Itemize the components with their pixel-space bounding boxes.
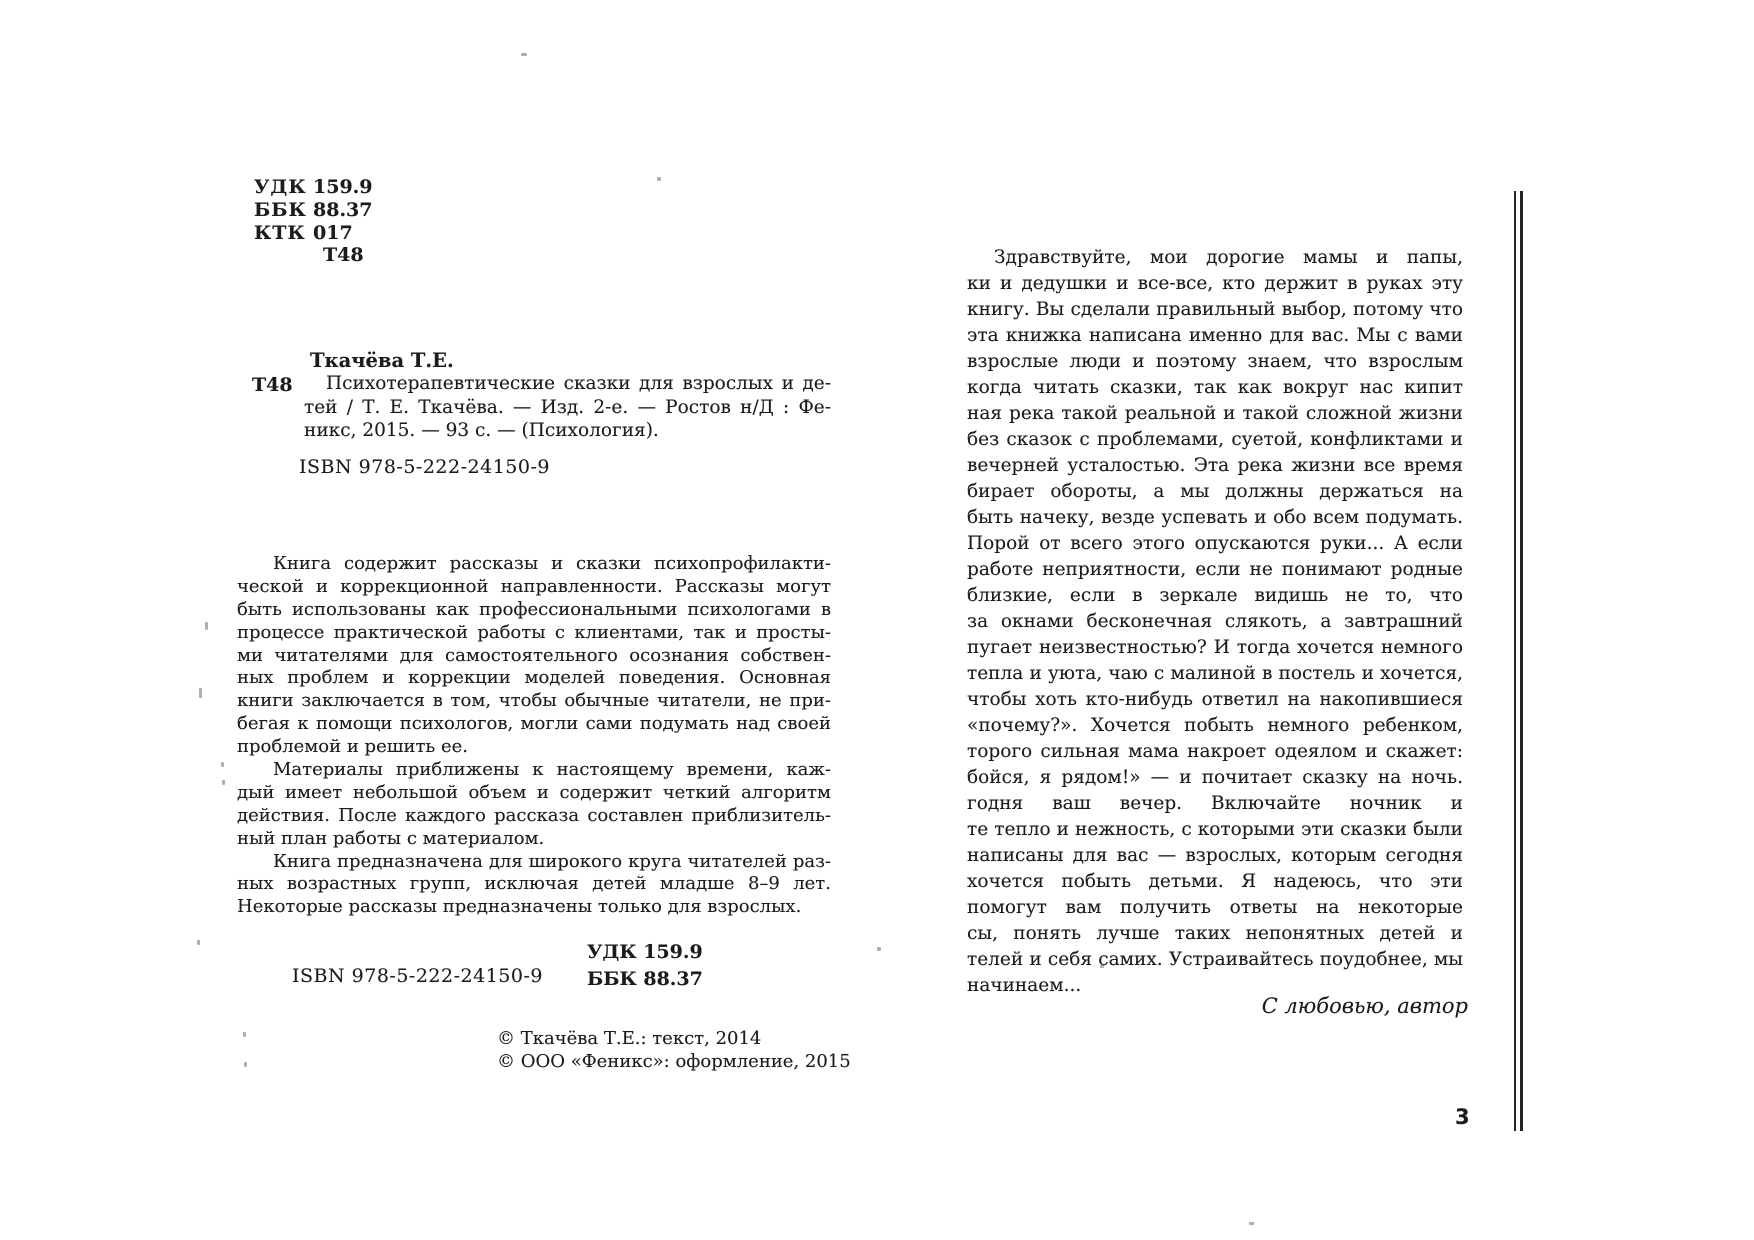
- author-heading: Ткачёва Т.Е.: [310, 349, 454, 372]
- text-line: торого сильная мама накроет одеялом и ск…: [967, 739, 1463, 765]
- udk-label: УДК: [254, 176, 313, 199]
- author-signature: С любовью, автор: [1090, 994, 1468, 1018]
- book-spread-scan: УДК159.9 ББК88.37 КТК017 Т48 Ткачёва Т.Е…: [0, 0, 1754, 1240]
- scan-speck: [243, 1032, 246, 1037]
- text-line: бегая к помощи психологов, могли сами по…: [237, 713, 831, 736]
- text-line: Материалы приближены к настоящему времен…: [237, 759, 831, 782]
- text-line: быть использованы как профессиональными …: [237, 599, 831, 622]
- copyright-line: © ООО «Феникс»: оформление, 2015: [497, 1050, 851, 1073]
- text-line: помогут вам получить ответы на некоторые…: [967, 895, 1463, 921]
- text-line: вечерней усталостью. Эта река жизни все …: [967, 453, 1463, 479]
- bib-line: никс, 2015. — 93 с. — (Психология).: [304, 419, 831, 443]
- udk-row: УДК159.9: [254, 176, 373, 199]
- scan-speck: [197, 940, 200, 945]
- text-line: тепла и уюта, чаю с малиной в постель и …: [967, 661, 1463, 687]
- scan-speck: [521, 53, 527, 56]
- text-line: проблемой и решить ее.: [237, 736, 831, 759]
- binding-double-rule: [1514, 191, 1523, 1131]
- text-line: книги заключается в том, чтобы обычные ч…: [237, 690, 831, 713]
- copyright-block: © Ткачёва Т.Е.: текст, 2014 © ООО «Феник…: [497, 1027, 851, 1073]
- annotation-paragraph-2: Материалы приближены к настоящему времен…: [237, 759, 831, 851]
- annotation-paragraph-3: Книга предназначена для широкого круга ч…: [237, 851, 831, 920]
- text-line: ных возрастных групп, исключая детей мла…: [237, 873, 831, 896]
- text-line: дый имеет небольшой объем и содержит чет…: [237, 782, 831, 805]
- t48-value: Т48: [313, 244, 364, 266]
- text-line: Порой от всего этого опускаются руки... …: [967, 531, 1463, 557]
- text-line: книгу. Вы сделали правильный выбор, пото…: [967, 297, 1463, 323]
- text-line: бирает обороты, а мы должны держаться на…: [967, 479, 1463, 505]
- text-line: когда читать сказки, так как вокруг нас …: [967, 375, 1463, 401]
- text-line: ный план работы с материалом.: [237, 828, 831, 851]
- classification-block: УДК159.9 ББК88.37 КТК017 Т48: [254, 176, 373, 267]
- text-line: написаны для вас — взрослых, которым сег…: [967, 843, 1463, 869]
- text-line: работе неприятности, если не понимают ро…: [967, 557, 1463, 583]
- text-line: чтобы хоть кто-нибудь ответил на накопив…: [967, 687, 1463, 713]
- bib-line: тей / Т. Е. Ткачёва. — Изд. 2-е. — Росто…: [304, 396, 831, 420]
- isbn-top: ISBN 978-5-222-24150-9: [299, 456, 550, 478]
- scan-speck: [244, 1062, 247, 1067]
- introduction-text: Здравствуйте, мои дорогие мамы и папы, б…: [967, 245, 1463, 999]
- bbk-row: ББК88.37: [254, 199, 373, 222]
- text-line: быть начеку, везде успевать и обо всем п…: [967, 505, 1463, 531]
- catalog-code-hanging: Т48: [252, 374, 293, 396]
- scan-speck: [199, 688, 202, 698]
- bbk-bottom: ББК 88.37: [587, 968, 703, 990]
- annotation-paragraph-1: Книга содержит рассказы и сказки психопр…: [237, 553, 831, 759]
- text-line: процессе практической работы с клиентами…: [237, 622, 831, 645]
- text-line: Книга содержит рассказы и сказки психопр…: [237, 553, 831, 576]
- text-line: бойся, я рядом!» — и почитает сказку на …: [967, 765, 1463, 791]
- scan-speck: [1100, 965, 1104, 968]
- text-line: близкие, если в зеркале видишь не то, чт…: [967, 583, 1463, 609]
- text-line: «почему?». Хочется побыть немного ребенк…: [967, 713, 1463, 739]
- text-line: Некоторые рассказы предназначены только …: [237, 896, 831, 919]
- text-line: хочется побыть детьми. Я надеюсь, что эт…: [967, 869, 1463, 895]
- scan-speck: [221, 762, 224, 767]
- text-line: ми читателями для самостоятельного осозн…: [237, 645, 831, 668]
- text-line: взрослые люди и поэтому знаем, что взрос…: [967, 349, 1463, 375]
- text-line: ная река такой реальной и такой сложной …: [967, 401, 1463, 427]
- scan-speck: [877, 947, 881, 951]
- text-line: за окнами бесконечная слякоть, а завтраш…: [967, 609, 1463, 635]
- annotation-block: Книга содержит рассказы и сказки психопр…: [237, 553, 831, 919]
- scan-speck: [222, 780, 225, 785]
- text-line: без сказок с проблемами, суетой, конфлик…: [967, 427, 1463, 453]
- udk-bottom: УДК 159.9: [587, 941, 703, 963]
- ktk-row: КТК017: [254, 222, 373, 245]
- bbk-value: 88.37: [313, 199, 373, 221]
- scan-speck: [657, 177, 661, 181]
- text-line: ных проблем и коррекции моделей поведени…: [237, 667, 831, 690]
- bibliographic-record: Психотерапевтические сказки для взрослых…: [304, 372, 831, 443]
- text-line: ки и дедушки и все-все, кто держит в рук…: [967, 271, 1463, 297]
- text-line: те тепло и нежность, с которыми эти сказ…: [967, 817, 1463, 843]
- text-line: Книга предназначена для широкого круга ч…: [237, 851, 831, 874]
- text-line: сы, понять лучше таких непонятных детей …: [967, 921, 1463, 947]
- text-line: эта книжка написана именно для вас. Мы с…: [967, 323, 1463, 349]
- copyright-line: © Ткачёва Т.Е.: текст, 2014: [497, 1027, 851, 1050]
- text-line: действия. После каждого рассказа составл…: [237, 805, 831, 828]
- isbn-bottom: ISBN 978-5-222-24150-9: [292, 965, 543, 987]
- text-line: Здравствуйте, мои дорогие мамы и папы, б…: [967, 245, 1463, 271]
- ktk-value: 017: [313, 222, 353, 244]
- bib-line: Психотерапевтические сказки для взрослых…: [304, 372, 831, 396]
- t48-row: Т48: [254, 244, 373, 267]
- page-number: 3: [1455, 1105, 1470, 1129]
- scan-speck: [205, 622, 208, 630]
- text-line: пугает неизвестностью? И тогда хочется н…: [967, 635, 1463, 661]
- scan-speck: [1249, 1222, 1254, 1225]
- text-line: ческой и коррекционной направленности. Р…: [237, 576, 831, 599]
- udk-value: 159.9: [313, 176, 373, 198]
- text-line: телей и себя самих. Устраивайтесь поудоб…: [967, 947, 1463, 973]
- ktk-label: КТК: [254, 222, 313, 245]
- bbk-label: ББК: [254, 199, 313, 222]
- text-line: годня ваш вечер. Включайте ночник и почу…: [967, 791, 1463, 817]
